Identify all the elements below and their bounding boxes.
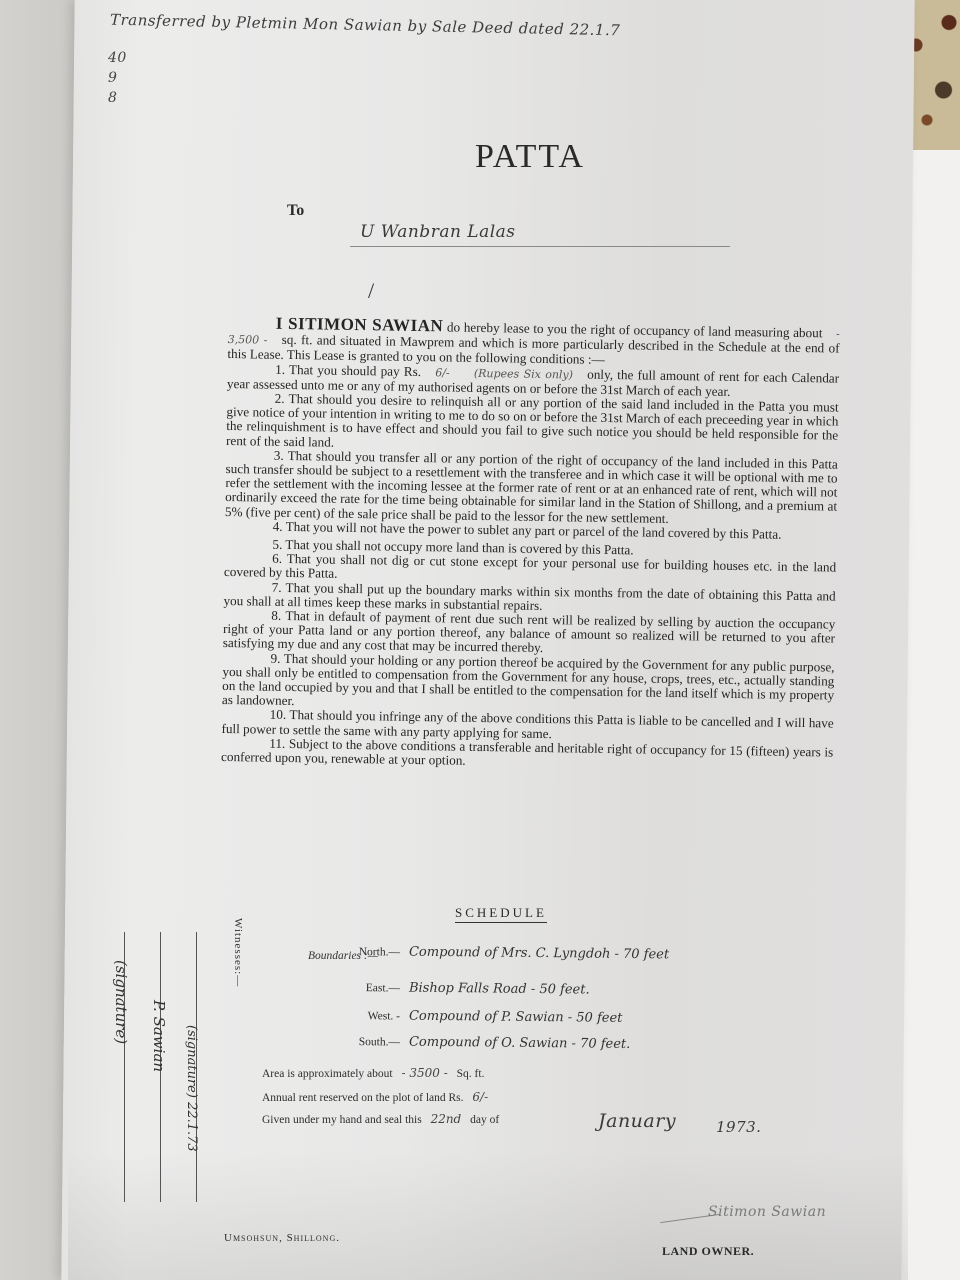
boundary-side: North.— (240, 945, 400, 959)
area-label: Area is approximately about (262, 1068, 393, 1080)
given-day: 22nd (425, 1112, 468, 1126)
landowner-label: LAND OWNER. (662, 1244, 754, 1259)
rent-amount-fill: 6/- (425, 366, 460, 380)
lessee-name-line (350, 246, 730, 247)
given-year: 1973. (716, 1118, 761, 1136)
place-label: Umsohsun, Shillong. (224, 1232, 340, 1244)
condition: 3. That should you transfer all or any p… (225, 448, 838, 529)
landowner-signature: Sitimon Sawian (708, 1204, 826, 1220)
given-row: Given under my hand and seal this 22nd d… (262, 1112, 499, 1126)
document-title: PATTA (0, 138, 960, 176)
area-value: - 3500 - (396, 1066, 454, 1080)
witness-signature: P. Sawian (150, 1000, 168, 1072)
margin-mark: 8 (108, 88, 127, 108)
given-month: January (598, 1110, 676, 1132)
lease-body: I SITIMON SAWIAN do hereby lease to you … (221, 316, 840, 774)
lessee-name: U Wanbran Lalas (360, 222, 516, 242)
given-label: Given under my hand and seal this (262, 1114, 422, 1126)
to-label: To (287, 202, 304, 220)
margin-mark: 9 (108, 68, 127, 88)
boundary-side: East.— (240, 981, 400, 995)
rent-value: 6/- (466, 1090, 494, 1104)
area-unit: Sq. ft. (457, 1068, 485, 1080)
witness-signature: (signature) 22.1.73 (184, 1025, 199, 1152)
rent-row: Annual rent reserved on the plot of land… (262, 1090, 494, 1104)
boundary-side: West. - (240, 1009, 400, 1023)
margin-mark: 40 (108, 48, 127, 68)
area-row: Area is approximately about - 3500 - Sq.… (262, 1066, 484, 1080)
rent-label: Annual rent reserved on the plot of land… (262, 1092, 464, 1104)
boundary-value: Compound of Mrs. C. Lyngdoh - 70 feet (409, 945, 669, 963)
boundary-side: South.— (240, 1035, 400, 1049)
given-label-cont: day of (470, 1114, 499, 1126)
witness-signature: (signature) (112, 960, 130, 1044)
boundary-value: Compound of O. Sawian - 70 feet. (409, 1035, 630, 1052)
slash-mark: / (368, 278, 374, 304)
boundary-value: Compound of P. Sawian - 50 feet (409, 1009, 623, 1026)
boundary-value: Bishop Falls Road - 50 feet. (409, 981, 590, 998)
schedule-title: SCHEDULE (455, 905, 547, 923)
margin-marks: 40 9 8 (108, 48, 127, 108)
witnesses-label: Witnesses:— (232, 918, 244, 987)
